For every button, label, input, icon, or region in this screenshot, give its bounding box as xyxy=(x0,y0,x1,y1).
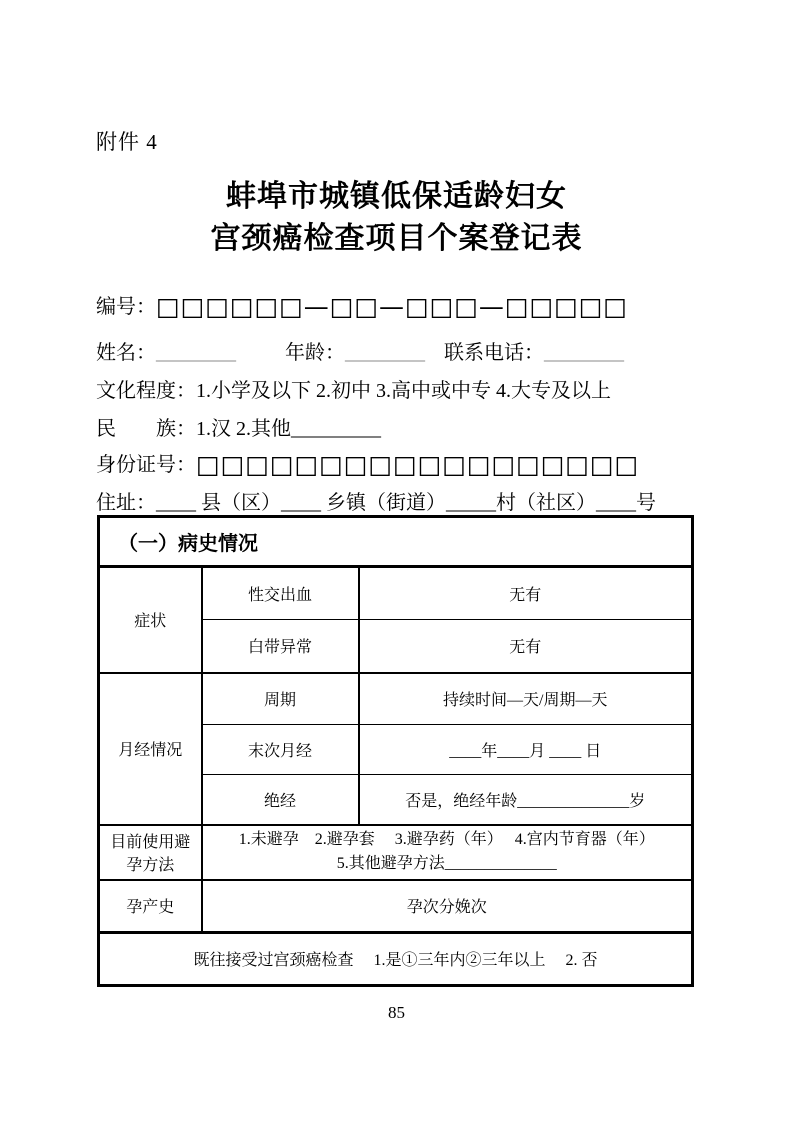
table-row-prior-screening: 既往接受过宫颈癌检查 1.是①三年内②三年以上 2. 否 xyxy=(99,932,693,985)
id-number-line: 身份证号：□□□□□□□□□□□□□□□□□□ xyxy=(96,448,639,479)
medical-history-table: （一）病史情况 症状 性交出血 无有 白带异常 无有 月经情况 周期 持续时间—… xyxy=(97,515,694,987)
cycle-label: 周期 xyxy=(202,673,359,725)
age-blank: ________ xyxy=(345,342,425,364)
leucorrhea-value: 无有 xyxy=(359,620,693,673)
menopause-label: 绝经 xyxy=(202,775,359,825)
contraception-options-line2: 5.其他避孕方法______________ xyxy=(207,852,688,877)
education-options: 1.小学及以下 2.初中 3.高中或中专 4.大专及以上 xyxy=(196,380,611,402)
document-title: 蚌埠市城镇低保适龄妇女 宫颈癌检查项目个案登记表 xyxy=(0,176,793,260)
menopause-value: 否是，绝经年龄______________岁 xyxy=(359,775,693,825)
address-value: ____ 县（区）____ 乡镇（街道）_____村（社区）____号 xyxy=(156,492,656,514)
address-line: 住址：____ 县（区）____ 乡镇（街道）_____村（社区）____号 xyxy=(96,486,656,515)
table-row-contraception: 目前使用避孕方法 1.未避孕 2.避孕套 3.避孕药（年） 4.宫内节育器（年）… xyxy=(99,825,693,881)
education-label: 文化程度： xyxy=(96,380,196,402)
phone-blank: ________ xyxy=(544,342,624,364)
prior-screening-text: 既往接受过宫颈癌检查 1.是①三年内②三年以上 2. 否 xyxy=(99,932,693,985)
ethnicity-label: 民 族： xyxy=(96,418,196,440)
page-number: 85 xyxy=(0,1003,793,1023)
id-number-boxes: □□□□□□□□□□□□□□□□□□ xyxy=(196,450,639,479)
leucorrhea-label: 白带异常 xyxy=(202,620,359,673)
coital-bleeding-label: 性交出血 xyxy=(202,567,359,620)
ethnicity-blank: _________ xyxy=(291,418,381,440)
table-row-obstetric: 孕产史 孕次分娩次 xyxy=(99,880,693,932)
name-age-phone-line: 姓名：________ 年龄：________ 联系电话：________ xyxy=(96,336,624,365)
coital-bleeding-value: 无有 xyxy=(359,567,693,620)
serial-number-boxes: □□□□□□—□□—□□□—□□□□□ xyxy=(156,292,628,321)
last-period-label: 末次月经 xyxy=(202,725,359,775)
serial-number-label: 编号： xyxy=(96,296,156,318)
cycle-value: 持续时间—天/周期—天 xyxy=(359,673,693,725)
contraception-value: 1.未避孕 2.避孕套 3.避孕药（年） 4.宫内节育器（年） 5.其他避孕方法… xyxy=(202,825,693,881)
menstrual-group-label: 月经情况 xyxy=(99,673,202,825)
obstetric-value: 孕次分娩次 xyxy=(202,880,693,932)
name-field: 姓名：________ xyxy=(96,342,236,364)
age-label: 年龄： xyxy=(285,342,345,364)
last-period-value: ____年____月 ____ 日 xyxy=(359,725,693,775)
phone-label: 联系电话： xyxy=(444,342,544,364)
table-section-title: （一）病史情况 xyxy=(99,517,693,567)
symptom-group-label: 症状 xyxy=(99,567,202,673)
attachment-label: 附件 4 xyxy=(96,126,158,156)
age-field: 年龄：________ xyxy=(285,342,425,364)
address-label: 住址： xyxy=(96,492,156,514)
obstetric-label: 孕产史 xyxy=(99,880,202,932)
ethnicity-options: 1.汉 2.其他 xyxy=(196,418,291,440)
document-page: 附件 4 蚌埠市城镇低保适龄妇女 宫颈癌检查项目个案登记表 编号：□□□□□□—… xyxy=(0,0,793,1122)
name-blank: ________ xyxy=(156,342,236,364)
id-number-label: 身份证号： xyxy=(96,454,196,476)
ethnicity-line: 民 族：1.汉 2.其他_________ xyxy=(96,412,381,441)
phone-field: 联系电话：________ xyxy=(444,342,624,364)
table-row-coital-bleeding: 症状 性交出血 无有 xyxy=(99,567,693,620)
table-section-header-row: （一）病史情况 xyxy=(99,517,693,567)
contraception-label: 目前使用避孕方法 xyxy=(99,825,202,881)
name-label: 姓名： xyxy=(96,342,156,364)
serial-number-line: 编号：□□□□□□—□□—□□□—□□□□□ xyxy=(96,290,628,321)
title-line-1: 蚌埠市城镇低保适龄妇女 xyxy=(0,176,793,218)
title-line-2: 宫颈癌检查项目个案登记表 xyxy=(0,218,793,260)
education-line: 文化程度：1.小学及以下 2.初中 3.高中或中专 4.大专及以上 xyxy=(96,374,611,403)
contraception-options-line1: 1.未避孕 2.避孕套 3.避孕药（年） 4.宫内节育器（年） xyxy=(207,828,688,853)
table-row-cycle: 月经情况 周期 持续时间—天/周期—天 xyxy=(99,673,693,725)
